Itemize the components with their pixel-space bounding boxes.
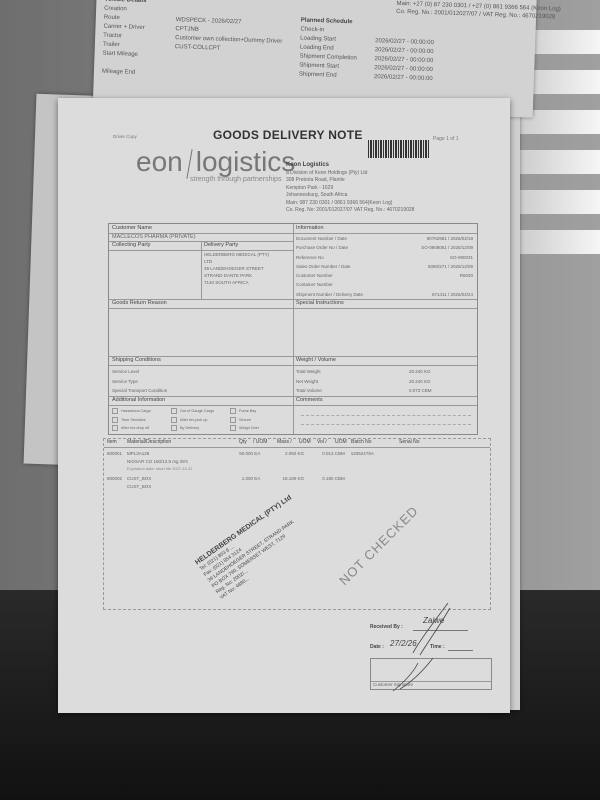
- shipping-conditions-heading: Shipping Conditions: [112, 357, 161, 363]
- items-table-header: ItemMaterial/DescriptionQty/ UOMMass /UO…: [107, 439, 420, 445]
- information-labels: Document Number / Date Purchase Order No…: [296, 234, 363, 299]
- checkbox[interactable]: [230, 417, 236, 423]
- company-logo: eonlogistics: [136, 146, 295, 179]
- comments-heading: Comments: [296, 397, 323, 403]
- checkbox[interactable]: [112, 408, 118, 414]
- checkbox[interactable]: [230, 425, 236, 431]
- weight-volume-heading: Weight / Volume: [296, 357, 336, 363]
- document-title: GOODS DELIVERY NOTE: [213, 128, 363, 142]
- delivery-party-address: HELDERBERG MEDICAL (PTY) LTD 39 LANDEHOE…: [204, 251, 269, 286]
- company-address: Keon Logistics a Division of Keon Holdin…: [286, 162, 414, 215]
- weight-values: 20.240 KG 20.240 KG 0.073 CBM: [409, 367, 432, 396]
- additional-options: Hazardous CargoOut of Gauge CargoFume Ba…: [112, 407, 259, 433]
- information-heading: Information: [296, 225, 324, 231]
- vehicle-details-heading: Vehicle Details: [104, 0, 146, 4]
- shipping-conditions-rows: Service Level Service Type Special Trans…: [112, 367, 167, 396]
- checkbox[interactable]: [171, 417, 177, 423]
- checkbox[interactable]: [171, 425, 177, 431]
- table-row: 800001MPL3A12850.000 EA2.050 KG0.013 CBM…: [107, 450, 374, 473]
- information-values: 80762981 / 2026/02/18 SO-0908051 / 2025/…: [421, 234, 473, 299]
- checkbox[interactable]: [171, 408, 177, 414]
- customer-name-value: MACLECOS PHARMA (PRIVATE): [112, 234, 196, 240]
- delivery-party-label: Delivery Party: [204, 242, 238, 248]
- info-grid: Customer Name MACLECOS PHARMA (PRIVATE) …: [108, 223, 478, 435]
- checkbox[interactable]: [112, 425, 118, 431]
- additional-information-heading: Additional Information: [112, 397, 165, 403]
- barcode-icon: [368, 140, 430, 158]
- goods-delivery-note-page: Driver Copy GOODS DELIVERY NOTE Page 1 o…: [58, 98, 510, 713]
- table-row: 800002CUST_BOX1.000 EA18.190 KG0.180 CBM…: [107, 475, 351, 490]
- checkbox[interactable]: [112, 417, 118, 423]
- logo-tagline: strength through partnerships: [190, 176, 281, 183]
- planned-schedule-heading: Planned Schedule: [301, 17, 353, 25]
- checkbox[interactable]: [230, 408, 236, 414]
- page-indicator: Page 1 of 1: [433, 136, 459, 142]
- special-instructions-label: Special Instructions: [296, 300, 344, 306]
- collecting-party-label: Collecting Party: [112, 242, 151, 248]
- customer-name-label: Customer Name: [112, 225, 152, 231]
- copy-label: Driver Copy: [113, 134, 137, 139]
- goods-return-reason-label: Goods Return Reason: [112, 300, 167, 306]
- signature-strokes: [378, 603, 488, 693]
